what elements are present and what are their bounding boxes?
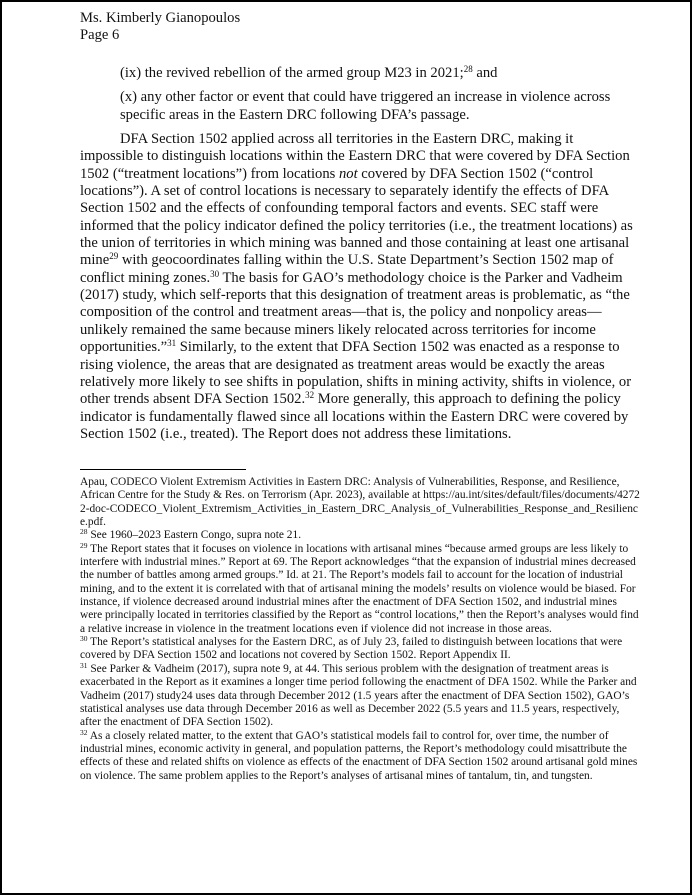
- footnote-ref-28[interactable]: 28: [464, 64, 473, 74]
- footnote-28: 28 See 1960–2023 Eastern Congo, supra no…: [80, 529, 640, 542]
- footnote-30: 30 The Report’s statistical analyses for…: [80, 636, 640, 663]
- recipient-name: Ms. Kimberly Gianopoulos: [80, 10, 240, 27]
- footnote-separator: [80, 469, 246, 470]
- footnotes-section: Apau, CODECO Violent Extremism Activitie…: [80, 476, 640, 783]
- footnote-ref-29[interactable]: 29: [109, 251, 118, 261]
- letter-header: Ms. Kimberly Gianopoulos Page 6: [80, 10, 240, 44]
- document-page: Ms. Kimberly Gianopoulos Page 6 (ix) the…: [0, 0, 692, 895]
- footnote-ref-32[interactable]: 32: [305, 390, 314, 400]
- page-number: Page 6: [80, 27, 240, 44]
- body-text: (ix) the revived rebellion of the armed …: [80, 65, 640, 443]
- emphasis-not: not: [339, 166, 358, 182]
- list-item-ix: (ix) the revived rebellion of the armed …: [120, 65, 640, 82]
- footnote-ref-30[interactable]: 30: [210, 269, 219, 279]
- footnote-31: 31 See Parker & Vadheim (2017), supra no…: [80, 663, 640, 730]
- main-paragraph: DFA Section 1502 applied across all terr…: [80, 131, 640, 443]
- footnote-29: 29 The Report states that it focuses on …: [80, 543, 640, 636]
- footnote-continued: Apau, CODECO Violent Extremism Activitie…: [80, 476, 640, 529]
- footnote-ref-31[interactable]: 31: [167, 338, 176, 348]
- list-item-x: (x) any other factor or event that could…: [120, 89, 640, 124]
- footnote-32: 32 As a closely related matter, to the e…: [80, 730, 640, 783]
